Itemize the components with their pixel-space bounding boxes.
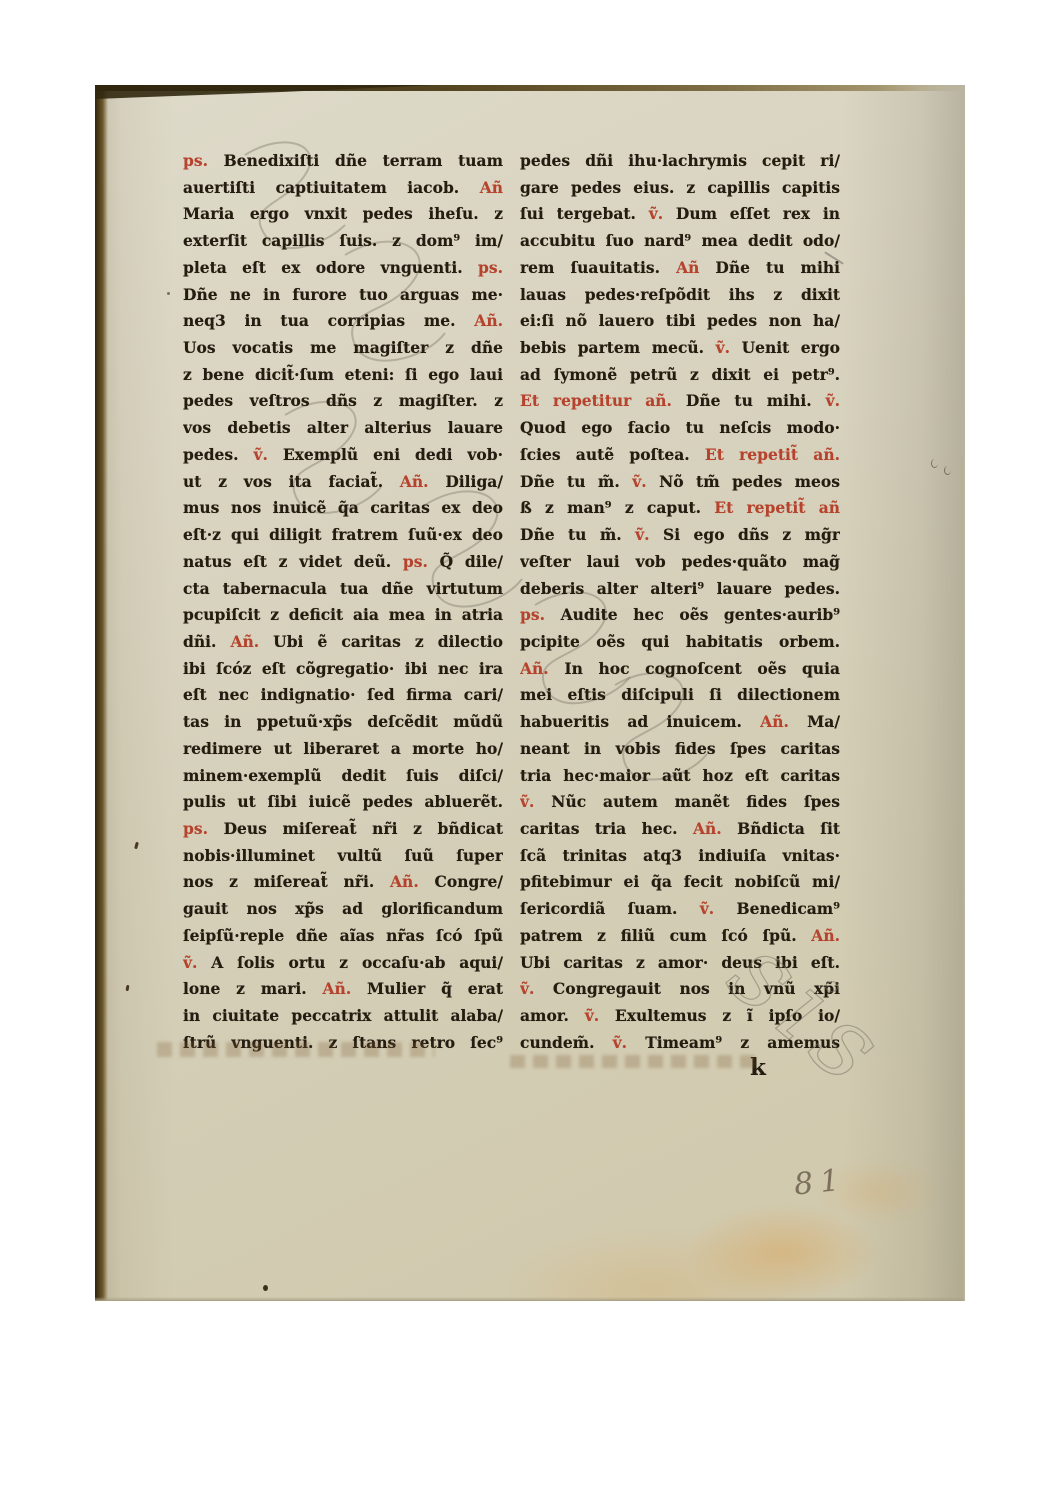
- show-through-text-left: [157, 1042, 435, 1057]
- text-run: Uos vocatis me magiſter z dñe: [183, 338, 503, 357]
- text-line: eſt·z qui diligit fratrem ſuũ·ex deo: [183, 522, 503, 549]
- rubric-run: ṽ.: [826, 391, 840, 410]
- text-line: accubitu ſuo nard⁹ mea dedit odo/: [520, 228, 840, 255]
- text-run: Maria ergo vnxit pedes iheſu. z: [183, 204, 503, 223]
- rubric-run: Et repetit̃ añ: [714, 498, 840, 517]
- rubric-run: ṽ.: [649, 204, 676, 223]
- text-line: habueritis ad inuicem. Añ. Ma/: [520, 709, 840, 736]
- text-line: eſt nec indignatio· ſed firma cari/: [183, 682, 503, 709]
- rubric-run: ps.: [478, 258, 503, 277]
- scan-canvas: { "colors": { "paper": "#d6d1bb", "ink":…: [0, 0, 1060, 1500]
- rubric-run: Añ.: [474, 311, 503, 330]
- rubric-run: ṽ.: [253, 445, 282, 464]
- rubric-run: ṽ.: [183, 953, 211, 972]
- text-line: pcupiſcit z deficit aia mea in atria: [183, 602, 503, 629]
- text-run: Nũc autem manẽt fides ſpes: [551, 792, 840, 811]
- text-line: bebis partem mecũ. ṽ. Uenit ergo: [520, 335, 840, 362]
- text-run: ut z vos ita faciat̃.: [183, 472, 400, 491]
- text-line: natus eſt z videt deũ. ps. Q̃ dile/: [183, 549, 503, 576]
- page-edge-right: [962, 85, 965, 1301]
- text-run: neant in vobis fides ſpes caritas: [520, 739, 840, 758]
- text-run: amor.: [520, 1006, 585, 1025]
- text-line: Uos vocatis me magiſter z dñe: [183, 335, 503, 362]
- margin-mark: [931, 459, 938, 468]
- margin-mark: [944, 466, 951, 475]
- page-edge-bottom: [95, 1297, 965, 1301]
- text-run: gauit nos xp̃s ad glorificandum: [183, 899, 503, 918]
- pencil-annotation: 81: [792, 1162, 848, 1202]
- text-run: Dñe tu m̃.: [520, 525, 635, 544]
- text-run: Exemplũ eni dedi vob·: [283, 445, 503, 464]
- text-run: ibi ſcóz eſt cõgregatio· ibi nec ira: [183, 659, 503, 678]
- text-line: pcipite oẽs qui habitatis orbem.: [520, 629, 840, 656]
- text-line: rem ſuauitatis. Añ Dñe tu mihi: [520, 255, 840, 282]
- ink-speck: [263, 1285, 268, 1291]
- text-line: pulis ut ſibi iuicẽ pedes abluerẽt.: [183, 789, 503, 816]
- text-line: ṽ. Nũc autem manẽt fides ſpes: [520, 789, 840, 816]
- text-run: gare pedes eius. z capillis capitis: [520, 178, 840, 197]
- text-run: habueritis ad inuicem.: [520, 712, 760, 731]
- text-run: neq3 in tua corripias me.: [183, 311, 474, 330]
- text-line: amor. ṽ. Exultemus z ĩ ipſo io/: [520, 1003, 840, 1030]
- text-run: ei:ſi nõ lauero tibi pedes non ha/: [520, 311, 840, 330]
- rubric-run: Et repetitur añ.: [520, 391, 686, 410]
- text-run: lone z mari.: [183, 979, 323, 998]
- text-run: caritas tria hec.: [520, 819, 693, 838]
- text-run: In hoc cognoſcent oẽs quia: [564, 659, 840, 678]
- text-line: ß z man⁹ z caput. Et repetit̃ añ: [520, 495, 840, 522]
- page-edge-top-corner: [95, 85, 435, 99]
- rubric-run: ṽ.: [632, 472, 659, 491]
- text-run: tria hec·maior aũt hoz eſt caritas: [520, 766, 840, 785]
- rubric-run: Añ.: [230, 632, 273, 651]
- rubric-run: Añ.: [400, 472, 445, 491]
- rubric-run: Añ: [480, 178, 503, 197]
- text-line: ſericordiã ſuam. ṽ. Benedicam⁹: [520, 896, 840, 923]
- text-run: Dñe tu m̃.: [520, 472, 632, 491]
- text-line: ps. Deus miſereat̃ nr̃i z bñdicat: [183, 816, 503, 843]
- text-run: Audite hec oẽs gentes·aurib⁹: [561, 605, 840, 624]
- text-line: pfitebimur ei q̃a fecit nobiſcũ mi/: [520, 869, 840, 896]
- text-run: pedes veſtros dñs z magiſter. z: [183, 391, 503, 410]
- rubric-run: ṽ.: [520, 792, 551, 811]
- text-line: in ciuitate peccatrix attulit alaba/: [183, 1003, 503, 1030]
- text-line: lone z mari. Añ. Mulier q̃ erat: [183, 976, 503, 1003]
- text-run: Timeam⁹ z amemus: [645, 1033, 840, 1052]
- text-run: tas in ppetuũ·xp̃s deſcẽdit mũdũ: [183, 712, 503, 731]
- text-line: ſeipſũ·reple dñe aĩas nr̃as ſcó ſpũ: [183, 923, 503, 950]
- text-run: pcipite oẽs qui habitatis orbem.: [520, 632, 840, 651]
- text-run: Congregauit nos in vnũ xp̃i: [553, 979, 840, 998]
- text-run: ß z man⁹ z caput.: [520, 498, 714, 517]
- text-run: auertiſti captiuitatem iacob.: [183, 178, 480, 197]
- text-run: Benedicam⁹: [737, 899, 841, 918]
- text-line: minem·exemplũ dedit ſuis diſci/: [183, 763, 503, 790]
- text-line: deberis alter alteri⁹ lauare pedes.: [520, 576, 840, 603]
- text-run: Diliga/: [445, 472, 503, 491]
- text-line: Dñe ne in furore tuo arguas me·: [183, 282, 503, 309]
- text-run: pedes.: [183, 445, 253, 464]
- text-run: bebis partem mecũ.: [520, 338, 716, 357]
- text-run: Si ego dñs z mg̃r: [663, 525, 840, 544]
- text-run: pcupiſcit z deficit aia mea in atria: [183, 605, 503, 624]
- text-run: Congre/: [435, 872, 503, 891]
- rubric-run: ṽ.: [716, 338, 742, 357]
- text-run: accubitu ſuo nard⁹ mea dedit odo/: [520, 231, 840, 250]
- rubric-run: Añ.: [693, 819, 737, 838]
- rubric-run: ṽ.: [700, 899, 737, 918]
- text-run: Mulier q̃ erat: [367, 979, 503, 998]
- text-run: Ubi caritas z amor· deus ibi eſt.: [520, 953, 840, 972]
- rubric-run: ṽ.: [520, 979, 553, 998]
- text-line: cta tabernacula tua dñe virtutum: [183, 576, 503, 603]
- rubric-run: ps.: [183, 151, 224, 170]
- text-line: pedes. ṽ. Exemplũ eni dedi vob·: [183, 442, 503, 469]
- text-line: tas in ppetuũ·xp̃s deſcẽdit mũdũ: [183, 709, 503, 736]
- text-line: cundem̃. ṽ. Timeam⁹ z amemus: [520, 1030, 840, 1057]
- text-run: z bene dicit̃·ſum eteni: ſi ego laui: [183, 365, 503, 384]
- text-line: Añ. In hoc cognoſcent oẽs quia: [520, 656, 840, 683]
- text-line: ṽ. A ſolis ortu z occaſu·ab aqui/: [183, 950, 503, 977]
- text-line: ps. Audite hec oẽs gentes·aurib⁹: [520, 602, 840, 629]
- rubric-run: ps.: [183, 819, 224, 838]
- text-line: Et repetitur añ. Dñe tu mihi. ṽ.: [520, 388, 840, 415]
- text-line: neq3 in tua corripias me. Añ.: [183, 308, 503, 335]
- text-run: vos debetis alter alterius lauare: [183, 418, 503, 437]
- text-run: ſeipſũ·reple dñe aĩas nr̃as ſcó ſpũ: [183, 926, 503, 945]
- text-run: Ma/: [807, 712, 840, 731]
- text-run: Dñe tu mihi.: [686, 391, 826, 410]
- text-line: Dñe tu m̃. ṽ. Si ego dñs z mg̃r: [520, 522, 840, 549]
- margin-mark: [134, 842, 139, 850]
- text-run: Bñdicta ſit: [737, 819, 840, 838]
- page-edge-left: [95, 85, 108, 1301]
- text-run: ſcã trinitas atq3 indiuiſa vnitas·: [520, 846, 840, 865]
- text-line: exterſit capillis ſuis. z dom⁹ im/: [183, 228, 503, 255]
- text-line: dñi. Añ. Ubi ẽ caritas z dilectio: [183, 629, 503, 656]
- text-line: pedes veſtros dñs z magiſter. z: [183, 388, 503, 415]
- text-run: ad ſymonẽ petrũ z dixit ei petr⁹.: [520, 365, 840, 384]
- text-line: Quod ego facio tu neſcis modo·: [520, 415, 840, 442]
- text-run: cundem̃.: [520, 1033, 613, 1052]
- text-line: ei:ſi nõ lauero tibi pedes non ha/: [520, 308, 840, 335]
- rubric-run: Et repetit̃ añ.: [705, 445, 840, 464]
- text-run: Deus miſereat̃ nr̃i z bñdicat: [224, 819, 503, 838]
- text-column-left: ps. Benedixiſti dñe terram tuamauertiſti…: [183, 148, 503, 1060]
- text-line: gare pedes eius. z capillis capitis: [520, 175, 840, 202]
- text-run: Ubi ẽ caritas z dilectio: [273, 632, 503, 651]
- text-line: Dñe tu m̃. ṽ. Nõ tm̃ pedes meos: [520, 469, 840, 496]
- text-run: nobis·illuminet vultũ ſuũ ſuper: [183, 846, 503, 865]
- text-run: lauas pedes·reſpõdit ihs z dixit: [520, 285, 840, 304]
- text-run: Q̃ dile/: [440, 552, 503, 571]
- margin-mark: [126, 985, 130, 991]
- rubric-run: Añ.: [323, 979, 368, 998]
- text-line: Maria ergo vnxit pedes iheſu. z: [183, 201, 503, 228]
- rubric-run: ps.: [520, 605, 561, 624]
- text-line: mei eſtis diſcipuli ſi dilectionem: [520, 682, 840, 709]
- text-line: vos debetis alter alterius lauare: [183, 415, 503, 442]
- rubric-run: Añ.: [390, 872, 434, 891]
- text-line: ſcã trinitas atq3 indiuiſa vnitas·: [520, 843, 840, 870]
- text-run: natus eſt z videt deũ.: [183, 552, 403, 571]
- text-run: pleta eſt ex odore vnguenti.: [183, 258, 478, 277]
- show-through-text-right: [510, 1055, 755, 1068]
- rubric-run: Añ.: [811, 926, 840, 945]
- text-run: minem·exemplũ dedit ſuis diſci/: [183, 766, 503, 785]
- rubric-run: ṽ.: [585, 1006, 615, 1025]
- rubric-run: Añ.: [760, 712, 807, 731]
- text-line: gauit nos xp̃s ad glorificandum: [183, 896, 503, 923]
- text-line: nobis·illuminet vultũ ſuũ ſuper: [183, 843, 503, 870]
- text-line: ſui tergebat. ṽ. Dum eſſet rex in: [520, 201, 840, 228]
- text-line: veſter laui vob pedes·quãto mag̃: [520, 549, 840, 576]
- text-run: redimere ut liberaret a morte ho/: [183, 739, 503, 758]
- book-page: ps. Benedixiſti dñe terram tuamauertiſti…: [95, 85, 965, 1301]
- rubric-run: ṽ.: [613, 1033, 646, 1052]
- text-line: neant in vobis fides ſpes caritas: [520, 736, 840, 763]
- text-line: pleta eſt ex odore vnguenti. ps.: [183, 255, 503, 282]
- text-run: deberis alter alteri⁹ lauare pedes.: [520, 579, 840, 598]
- ink-speck: [167, 292, 170, 295]
- text-run: Benedixiſti dñe terram tuam: [224, 151, 503, 170]
- text-run: A ſolis ortu z occaſu·ab aqui/: [211, 953, 503, 972]
- text-line: ps. Benedixiſti dñe terram tuam: [183, 148, 503, 175]
- text-run: eſt·z qui diligit fratrem ſuũ·ex deo: [183, 525, 503, 544]
- text-run: ſcies autẽ poſtea.: [520, 445, 705, 464]
- text-run: patrem z filiũ cum ſcó ſpũ.: [520, 926, 811, 945]
- text-run: pfitebimur ei q̃a fecit nobiſcũ mi/: [520, 872, 840, 891]
- text-line: z bene dicit̃·ſum eteni: ſi ego laui: [183, 362, 503, 389]
- rubric-run: Añ: [676, 258, 715, 277]
- text-run: Quod ego facio tu neſcis modo·: [520, 418, 840, 437]
- rubric-run: ps.: [403, 552, 440, 571]
- text-run: in ciuitate peccatrix attulit alaba/: [183, 1006, 503, 1025]
- text-line: nos z miſereat̃ nr̃i. Añ. Congre/: [183, 869, 503, 896]
- text-line: pedes dñi ihu·lachrymis cepit ri/: [520, 148, 840, 175]
- text-line: ſcies autẽ poſtea. Et repetit̃ añ.: [520, 442, 840, 469]
- text-run: Dñe ne in furore tuo arguas me·: [183, 285, 503, 304]
- text-run: mus nos inuicẽ q̃a caritas ex deo: [183, 498, 503, 517]
- text-line: caritas tria hec. Añ. Bñdicta ſit: [520, 816, 840, 843]
- text-run: eſt nec indignatio· ſed firma cari/: [183, 685, 503, 704]
- text-run: rem ſuauitatis.: [520, 258, 676, 277]
- text-run: mei eſtis diſcipuli ſi dilectionem: [520, 685, 840, 704]
- text-run: nos z miſereat̃ nr̃i.: [183, 872, 390, 891]
- text-run: Exultemus z ĩ ipſo io/: [615, 1006, 840, 1025]
- text-run: Dum eſſet rex in: [676, 204, 840, 223]
- text-run: Dñe tu mihi: [715, 258, 840, 277]
- text-run: pulis ut ſibi iuicẽ pedes abluerẽt.: [183, 792, 503, 811]
- text-line: auertiſti captiuitatem iacob. Añ: [183, 175, 503, 202]
- text-column-right: pedes dñi ihu·lachrymis cepit ri/gare pe…: [520, 148, 840, 1060]
- text-line: ut z vos ita faciat̃. Añ. Diliga/: [183, 469, 503, 496]
- text-line: ibi ſcóz eſt cõgregatio· ibi nec ira: [183, 656, 503, 683]
- text-line: ad ſymonẽ petrũ z dixit ei petr⁹.: [520, 362, 840, 389]
- text-run: pedes dñi ihu·lachrymis cepit ri/: [520, 151, 840, 170]
- text-run: Nõ tm̃ pedes meos: [659, 472, 840, 491]
- text-line: Ubi caritas z amor· deus ibi eſt.: [520, 950, 840, 977]
- rubric-run: ṽ.: [635, 525, 663, 544]
- text-line: ṽ. Congregauit nos in vnũ xp̃i: [520, 976, 840, 1003]
- text-line: mus nos inuicẽ q̃a caritas ex deo: [183, 495, 503, 522]
- text-run: exterſit capillis ſuis. z dom⁹ im/: [183, 231, 503, 250]
- text-run: dñi.: [183, 632, 230, 651]
- text-run: veſter laui vob pedes·quãto mag̃: [520, 552, 840, 571]
- text-line: lauas pedes·reſpõdit ihs z dixit: [520, 282, 840, 309]
- rubric-run: Añ.: [520, 659, 564, 678]
- text-line: redimere ut liberaret a morte ho/: [183, 736, 503, 763]
- text-run: cta tabernacula tua dñe virtutum: [183, 579, 503, 598]
- text-line: patrem z filiũ cum ſcó ſpũ. Añ.: [520, 923, 840, 950]
- text-run: ſericordiã ſuam.: [520, 899, 700, 918]
- text-line: tria hec·maior aũt hoz eſt caritas: [520, 763, 840, 790]
- text-run: ſui tergebat.: [520, 204, 649, 223]
- text-run: Uenit ergo: [742, 338, 840, 357]
